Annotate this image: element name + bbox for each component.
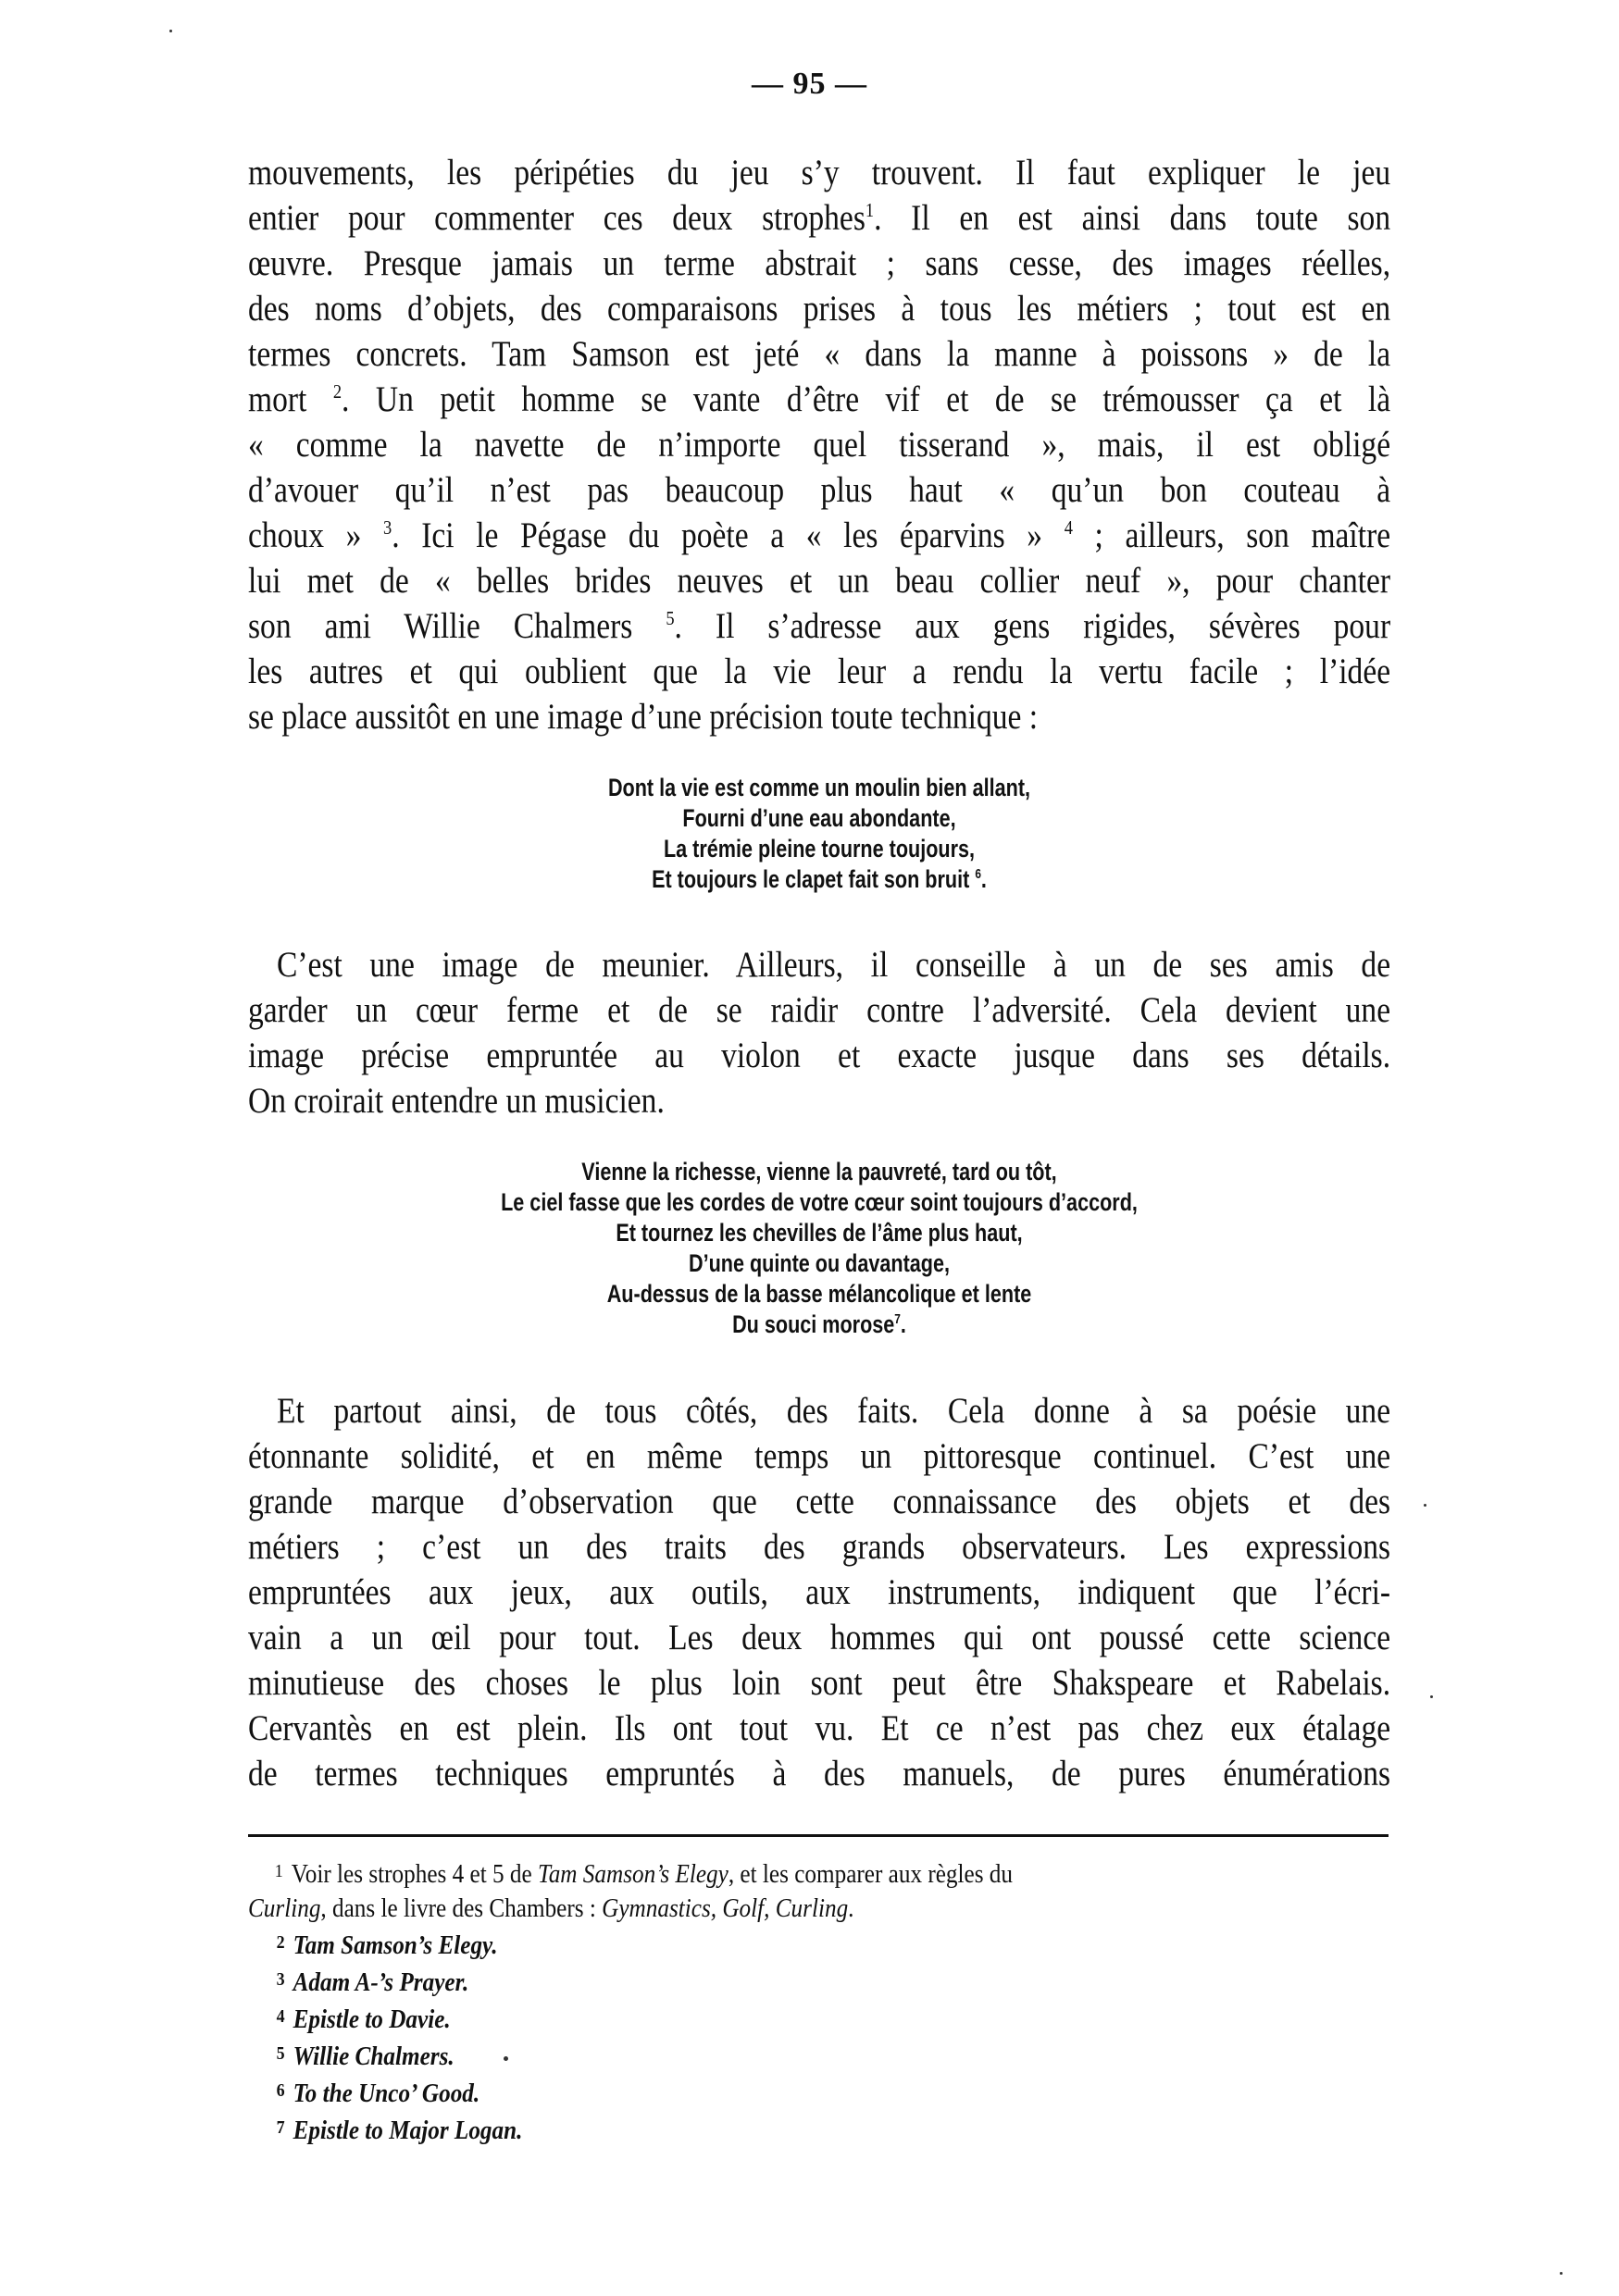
text-line: C’est une image de meunier. Ailleurs, il… bbox=[248, 942, 1390, 987]
text-line: grande marque d’observation que cette co… bbox=[248, 1479, 1390, 1524]
footnotes: 1Voir les strophes 4 et 5 de Tam Samson’… bbox=[248, 1855, 1390, 2148]
footnote-2: 2Tam Samson’s Elegy. bbox=[248, 1926, 1277, 1963]
scan-speck bbox=[1430, 1695, 1433, 1698]
footnote-ref[interactable]: 5 bbox=[666, 607, 674, 629]
text-line: mort 2. Un petit homme se vante d’être v… bbox=[248, 377, 1390, 422]
footnote-divider bbox=[248, 1834, 1389, 1837]
text-line: étonnante solidité, et en même temps un … bbox=[248, 1433, 1390, 1479]
footnote-ref[interactable]: 3 bbox=[383, 516, 392, 539]
verse-quote-1: Dont la vie est comme un moulin bien all… bbox=[248, 773, 1390, 895]
footnote-4: 4Epistle to Davie. bbox=[248, 2000, 1277, 2037]
paragraph-1: mouvements, les péripéties du jeu s’y tr… bbox=[248, 150, 1390, 739]
footnote-3: 3Adam A-’s Prayer. bbox=[248, 1963, 1277, 2000]
verse-line: Fourni d’une eau abondante, bbox=[362, 803, 1276, 834]
scan-speck bbox=[169, 30, 172, 32]
text-line: minutieuse des choses le plus loin sont … bbox=[248, 1660, 1390, 1706]
text-line: On croirait entendre un musicien. bbox=[248, 1078, 1390, 1123]
scan-speck bbox=[504, 2056, 508, 2061]
footnote-5: 5Willie Chalmers. bbox=[248, 2037, 1277, 2074]
text-line: les autres et qui oublient que la vie le… bbox=[248, 649, 1390, 694]
verse-line: Et tournez les chevilles de l’âme plus h… bbox=[362, 1218, 1276, 1248]
footnote-1-continued: Curling, dans le livre des Chambers : Gy… bbox=[248, 1892, 1277, 1926]
paragraph-3: Et partout ainsi, de tous côtés, des fai… bbox=[248, 1388, 1390, 1796]
footnote-7: 7Epistle to Major Logan. bbox=[248, 2111, 1277, 2148]
page-number: — 95 — bbox=[0, 67, 1619, 102]
text-line: œuvre. Presque jamais un terme abstrait … bbox=[248, 241, 1390, 286]
scan-speck bbox=[1424, 1504, 1426, 1507]
footnote-number: 1 bbox=[275, 1861, 283, 1881]
verse-quote-2: Vienne la richesse, vienne la pauvreté, … bbox=[248, 1157, 1390, 1340]
verse-line: La trémie pleine tourne toujours, bbox=[362, 834, 1276, 864]
footnote-ref[interactable]: 1 bbox=[866, 199, 874, 221]
footnote-6: 6To the Unco’ Good. bbox=[248, 2074, 1277, 2111]
footnote-ref[interactable]: 4 bbox=[1065, 516, 1073, 539]
text-line: son ami Willie Chalmers 5. Il s’adresse … bbox=[248, 603, 1390, 649]
footnote-ref[interactable]: 6 bbox=[975, 867, 981, 882]
text-line: vain a un œil pour tout. Les deux hommes… bbox=[248, 1615, 1390, 1660]
verse-line: Vienne la richesse, vienne la pauvreté, … bbox=[362, 1157, 1276, 1187]
verse-line: D’une quinte ou davantage, bbox=[362, 1248, 1276, 1279]
text-line: image précise empruntée au violon et exa… bbox=[248, 1033, 1390, 1078]
verse-line: Et toujours le clapet fait son bruit 6. bbox=[362, 864, 1276, 895]
text-line: de termes techniques empruntés à des man… bbox=[248, 1751, 1390, 1796]
verse-line: Dont la vie est comme un moulin bien all… bbox=[362, 773, 1276, 803]
text-line: Et partout ainsi, de tous côtés, des fai… bbox=[248, 1388, 1390, 1433]
text-line: se place aussitôt en une image d’une pré… bbox=[248, 694, 1390, 739]
text-line: entier pour commenter ces deux strophes1… bbox=[248, 195, 1390, 241]
text-line: empruntées aux jeux, aux outils, aux ins… bbox=[248, 1570, 1390, 1615]
verse-line: Le ciel fasse que les cordes de votre cœ… bbox=[362, 1187, 1276, 1218]
verse-line: Du souci morose7. bbox=[362, 1309, 1276, 1340]
text-line: garder un cœur ferme et de se raidir con… bbox=[248, 987, 1390, 1033]
text-line: d’avouer qu’il n’est pas beaucoup plus h… bbox=[248, 467, 1390, 513]
footnote-ref[interactable]: 7 bbox=[894, 1312, 901, 1327]
text-line: métiers ; c’est un des traits des grands… bbox=[248, 1524, 1390, 1570]
text-line: mouvements, les péripéties du jeu s’y tr… bbox=[248, 150, 1390, 195]
text-line: termes concrets. Tam Samson est jeté « d… bbox=[248, 331, 1390, 377]
text-line: des noms d’objets, des comparaisons pris… bbox=[248, 286, 1390, 331]
footnote-1: 1Voir les strophes 4 et 5 de Tam Samson’… bbox=[248, 1855, 1277, 1892]
text-line: choux » 3. Ici le Pégase du poète a « le… bbox=[248, 513, 1390, 558]
scan-speck bbox=[1560, 2272, 1563, 2275]
text-line: « comme la navette de n’importe quel tis… bbox=[248, 422, 1390, 467]
verse-line: Au-dessus de la basse mélancolique et le… bbox=[362, 1279, 1276, 1309]
text-line: Cervantès en est plein. Ils ont tout vu.… bbox=[248, 1706, 1390, 1751]
paragraph-2: C’est une image de meunier. Ailleurs, il… bbox=[248, 942, 1390, 1123]
text-line: lui met de « belles brides neuves et un … bbox=[248, 558, 1390, 603]
